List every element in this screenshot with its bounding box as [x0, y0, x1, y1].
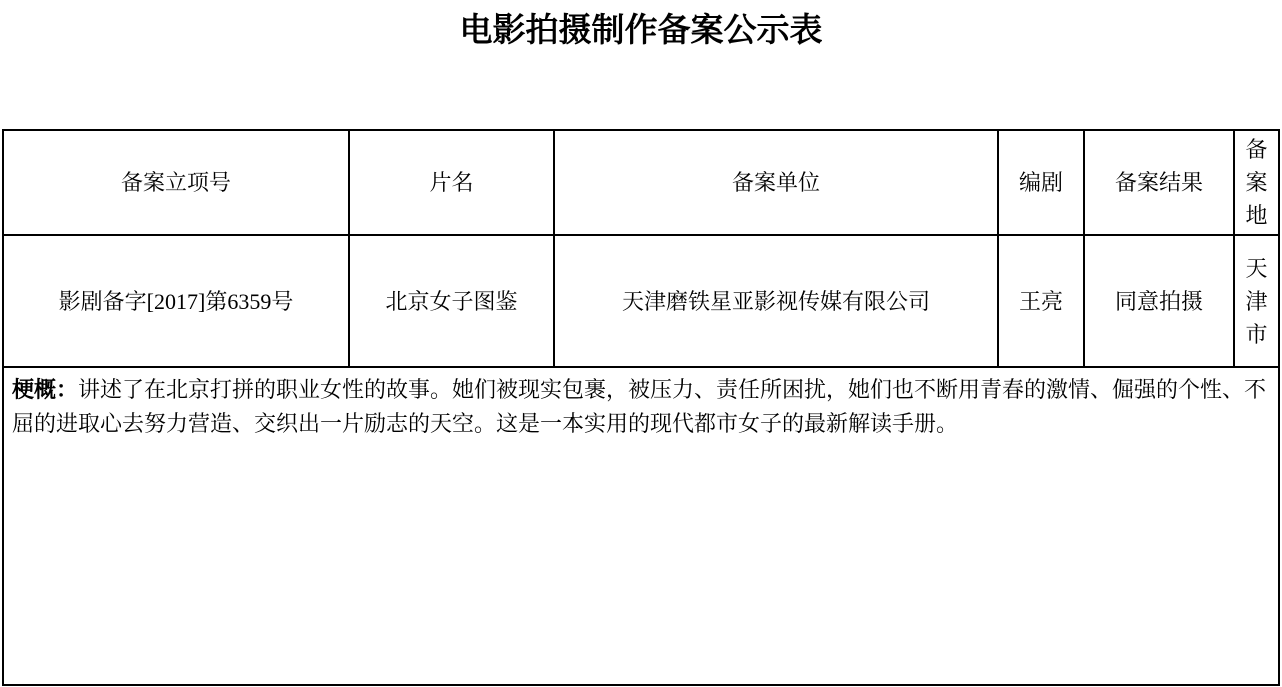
cell-filing-unit: 天津磨铁星亚影视传媒有限公司: [554, 235, 998, 367]
table-row: 影剧备字[2017]第6359号 北京女子图鉴 天津磨铁星亚影视传媒有限公司 王…: [3, 235, 1279, 367]
filing-table: 备案立项号 片名 备案单位 编剧 备案结果 备案地 影剧备字[2017]第635…: [2, 129, 1280, 686]
cell-filing-number: 影剧备字[2017]第6359号: [3, 235, 349, 367]
header-filing-unit: 备案单位: [554, 130, 998, 235]
cell-film-title: 北京女子图鉴: [349, 235, 554, 367]
synopsis-text: 讲述了在北京打拼的职业女性的故事。她们被现实包裹，被压力、责任所困扰，她们也不断…: [12, 377, 1266, 436]
cell-filing-location: 天津市: [1234, 235, 1279, 367]
header-filing-number: 备案立项号: [3, 130, 349, 235]
synopsis-cell: 梗概：讲述了在北京打拼的职业女性的故事。她们被现实包裹，被压力、责任所困扰，她们…: [3, 367, 1279, 685]
cell-filing-result: 同意拍摄: [1084, 235, 1234, 367]
cell-screenwriter: 王亮: [998, 235, 1084, 367]
header-filing-location: 备案地: [1234, 130, 1279, 235]
table-header-row: 备案立项号 片名 备案单位 编剧 备案结果 备案地: [3, 130, 1279, 235]
page-title: 电影拍摄制作备案公示表: [0, 10, 1282, 50]
header-film-title: 片名: [349, 130, 554, 235]
header-screenwriter: 编剧: [998, 130, 1084, 235]
synopsis-row: 梗概：讲述了在北京打拼的职业女性的故事。她们被现实包裹，被压力、责任所困扰，她们…: [3, 367, 1279, 685]
header-filing-result: 备案结果: [1084, 130, 1234, 235]
synopsis-label: 梗概：: [12, 377, 78, 402]
